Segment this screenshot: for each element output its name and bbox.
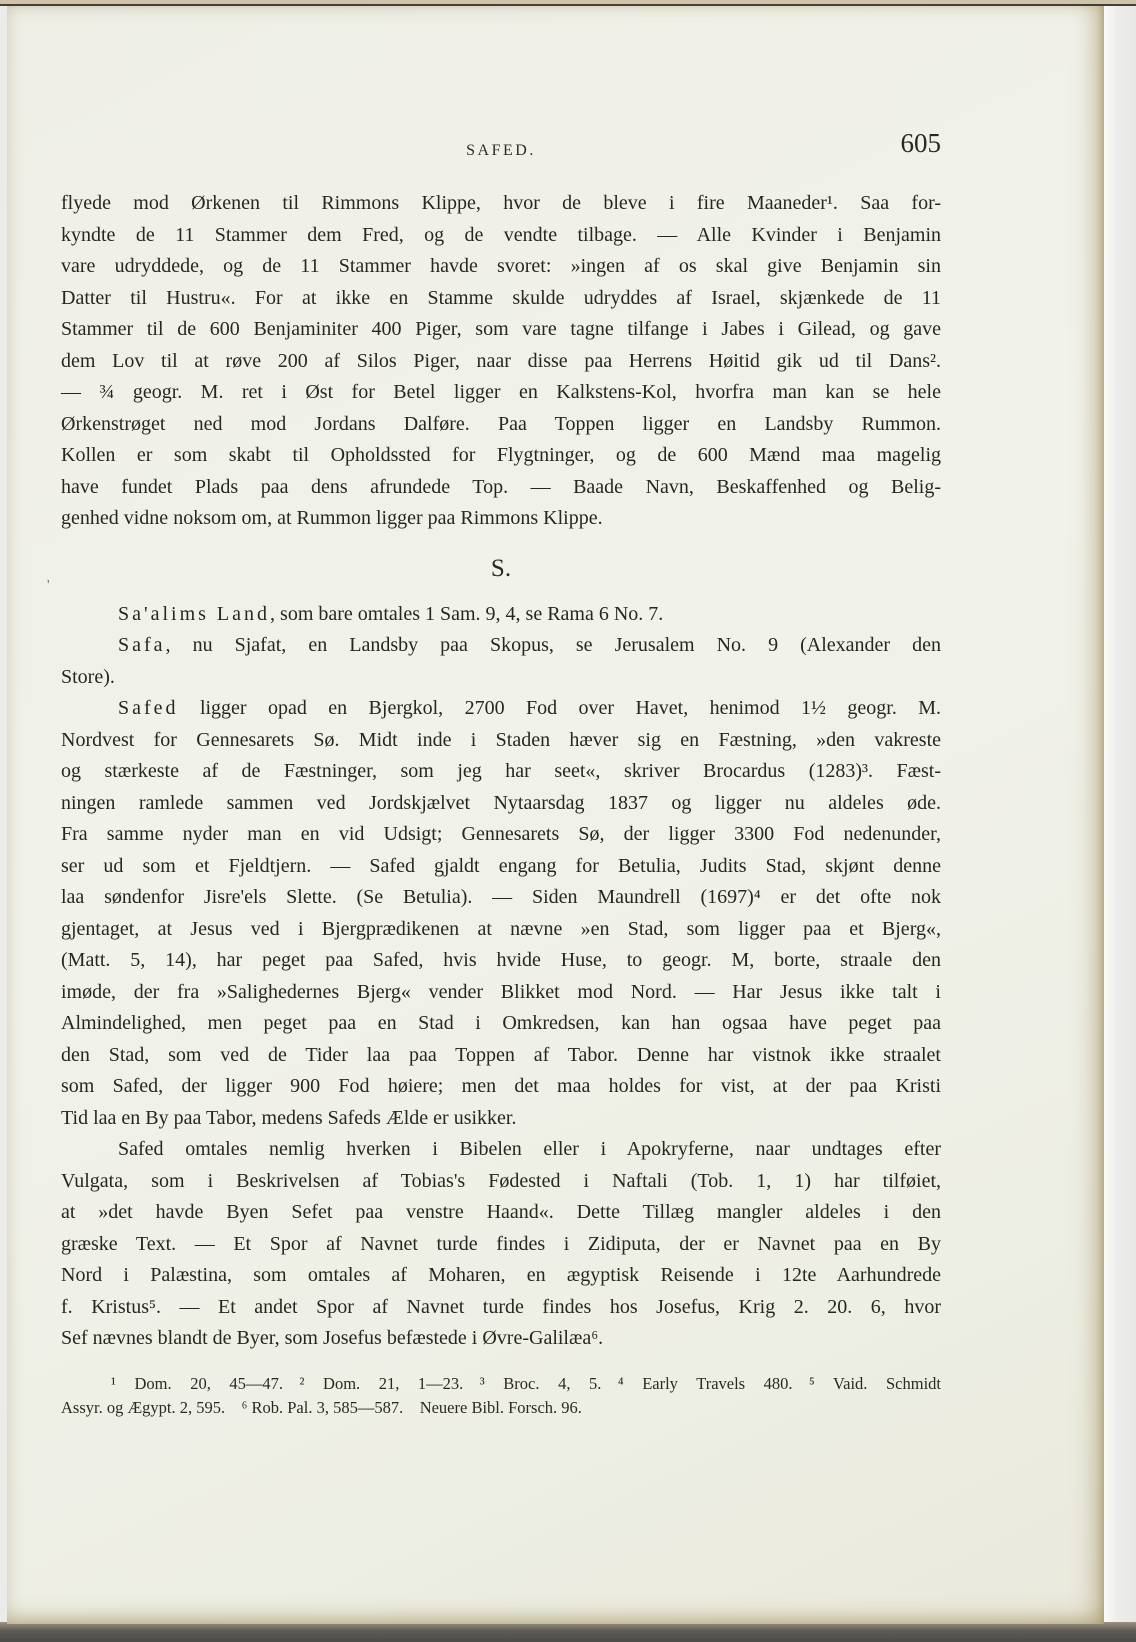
book-binding-edge	[0, 0, 1136, 6]
text-line: græske Text. — Et Spor af Navnet turde f…	[61, 1229, 941, 1261]
text-line: laa søndenfor Jisre'els Slette. (Se Betu…	[61, 882, 941, 914]
book-page: ' SAFED. 605 flyede mod Ørkenen til Rimm…	[7, 6, 1104, 1624]
text-line: Almindelighed, men peget paa en Stad i O…	[61, 1008, 941, 1040]
page-header: SAFED. 605	[61, 134, 941, 170]
footnote-line: ¹ Dom. 20, 45—47. ² Dom. 21, 1—23. ³ Bro…	[61, 1372, 941, 1397]
text-line: dem Lov til at røve 200 af Silos Piger, …	[61, 346, 941, 378]
stray-pencil-mark: '	[47, 578, 50, 594]
text-line: genhed vidne noksom om, at Rummon ligger…	[61, 503, 941, 535]
paragraph: Safed omtales nemlig hverken i Bibelen e…	[61, 1134, 941, 1355]
text-line: f. Kristus⁵. — Et andet Spor af Navnet t…	[61, 1292, 941, 1324]
paragraph: Safa, nu Sjafat, en Landsby paa Skopus, …	[61, 630, 941, 693]
text-line: vare udryddede, og de 11 Stammer havde s…	[61, 251, 941, 283]
footnotes: ¹ Dom. 20, 45—47. ² Dom. 21, 1—23. ³ Bro…	[61, 1372, 941, 1421]
page-number: 605	[901, 128, 942, 159]
paragraph: Sa'alims Land, som bare omtales 1 Sam. 9…	[61, 599, 941, 631]
spaced-term: Safed	[118, 697, 179, 719]
text-line: (Matt. 5, 14), har peget paa Safed, hvis…	[61, 945, 941, 977]
text-line: at »det havde Byen Sefet paa venstre Haa…	[61, 1197, 941, 1229]
text-line: Stammer til de 600 Benjaminiter 400 Pige…	[61, 314, 941, 346]
text-line: flyede mod Ørkenen til Rimmons Klippe, h…	[61, 188, 941, 220]
paragraph: flyede mod Ørkenen til Rimmons Klippe, h…	[61, 188, 941, 535]
text-line: Tid laa en By paa Tabor, medens Safeds Æ…	[61, 1103, 941, 1135]
section-heading: S.	[61, 535, 941, 599]
scanner-background	[0, 1622, 1136, 1642]
text-line: kyndte de 11 Stammer dem Fred, og de ven…	[61, 220, 941, 252]
text-line: gjentaget, at Jesus ved i Bjergprædikene…	[61, 914, 941, 946]
footnote-line: Assyr. og Ægypt. 2, 595. ⁶ Rob. Pal. 3, …	[61, 1396, 941, 1421]
text-line: Nordvest for Gennesarets Sø. Midt inde i…	[61, 725, 941, 757]
text-line: som Safed, der ligger 900 Fod høiere; me…	[61, 1071, 941, 1103]
spaced-term: Sa'alims Land	[118, 603, 270, 625]
text-line: Ørkenstrøget ned mod Jordans Dalføre. Pa…	[61, 409, 941, 441]
text-line: og stærkeste af de Fæstninger, som jeg h…	[61, 756, 941, 788]
text-line: imøde, der fra »Salighedernes Bjerg« ven…	[61, 977, 941, 1009]
text-line: ser ud som et Fjeldtjern. — Safed gjaldt…	[61, 851, 941, 883]
running-title: SAFED.	[61, 142, 941, 160]
text-line: have fundet Plads paa dens afrundede Top…	[61, 472, 941, 504]
text-line: Safed omtales nemlig hverken i Bibelen e…	[61, 1134, 941, 1166]
paragraph: Safed ligger opad en Bjergkol, 2700 Fod …	[61, 693, 941, 1134]
text-line: — ¾ geogr. M. ret i Øst for Betel ligger…	[61, 377, 941, 409]
text-line: Store).	[61, 662, 941, 694]
text-line: den Stad, som ved de Tider laa paa Toppe…	[61, 1040, 941, 1072]
text-line: Safa, nu Sjafat, en Landsby paa Skopus, …	[61, 630, 941, 662]
text-line: Nord i Palæstina, som omtales af Moharen…	[61, 1260, 941, 1292]
text-line: Safed ligger opad en Bjergkol, 2700 Fod …	[61, 693, 941, 725]
text-line: Sef nævnes blandt de Byer, som Josefus b…	[61, 1323, 941, 1355]
page-right-margin-area	[1104, 0, 1136, 1642]
text-block: flyede mod Ørkenen til Rimmons Klippe, h…	[61, 188, 941, 1421]
text-line: ningen ramlede sammen ved Jordskjælvet N…	[61, 788, 941, 820]
text-line: Vulgata, som i Beskrivelsen af Tobias's …	[61, 1166, 941, 1198]
text-line: Datter til Hustru«. For at ikke en Stamm…	[61, 283, 941, 315]
spaced-term: Safa	[118, 634, 166, 656]
text-line: Fra samme nyder man en vid Udsigt; Genne…	[61, 819, 941, 851]
text-line: Kollen er som skabt til Opholdssted for …	[61, 440, 941, 472]
text-line: Sa'alims Land, som bare omtales 1 Sam. 9…	[61, 599, 941, 631]
